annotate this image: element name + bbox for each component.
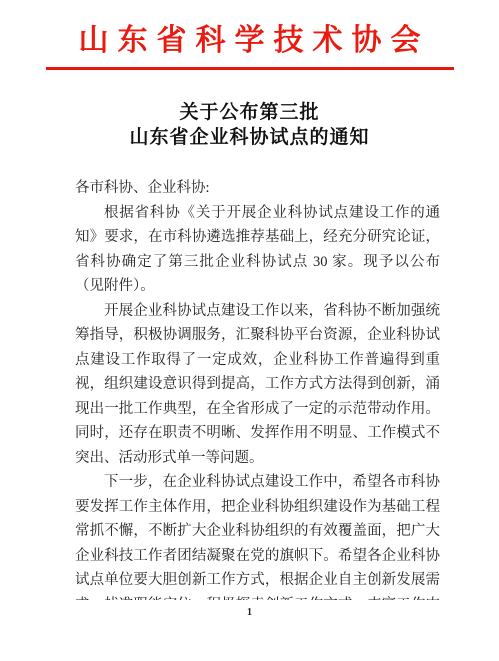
letterhead: 山东省科学技术协会 <box>0 0 499 70</box>
document-body: 各市科协、企业科协: 根据省科协《关于开展企业科协试点建设工作的通知》要求，在市… <box>75 176 440 600</box>
body-paragraph: 根据省科协《关于开展企业科协试点建设工作的通知》要求，在市科协遴选推荐基础上，经… <box>75 201 440 299</box>
body-paragraph: 开展企业科协试点建设工作以来，省科协不断加强统筹指导，积极协调服务，汇聚科协平台… <box>75 299 440 471</box>
body-paragraph: 下一步，在企业科协试点建设工作中，希望各市科协要发挥工作主体作用，把企业科协组织… <box>75 470 440 600</box>
document-title: 关于公布第三批 山东省企业科协试点的通知 <box>0 100 499 150</box>
salutation-line: 各市科协、企业科协: <box>75 176 440 201</box>
document-title-line-2: 山东省企业科协试点的通知 <box>0 125 499 150</box>
letterhead-divider <box>46 67 454 70</box>
page-number: 1 <box>0 607 499 618</box>
document-page: 山东省科学技术协会 关于公布第三批 山东省企业科协试点的通知 各市科协、企业科协… <box>0 0 499 661</box>
org-name-title: 山东省科学技术协会 <box>0 24 499 58</box>
document-title-line-1: 关于公布第三批 <box>0 100 499 125</box>
